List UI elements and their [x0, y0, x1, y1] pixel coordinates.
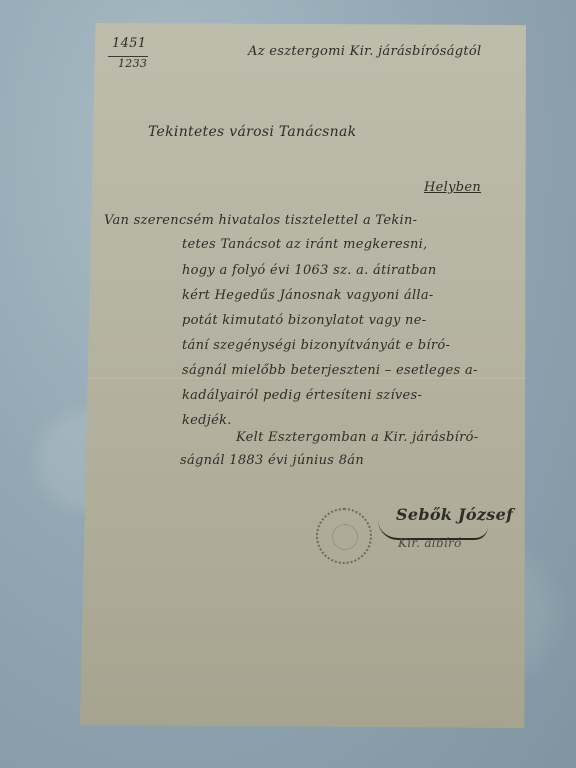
location-line: Helyben: [424, 180, 481, 195]
official-seal-stamp: [316, 508, 372, 564]
body-line: tetes Tanácsot az iránt megkeresni,: [182, 237, 428, 252]
closing-line: ságnál 1883 évi június 8án: [180, 453, 364, 468]
body-line: tání szegénységi bizonyítványát e bíró-: [182, 338, 450, 353]
body-line: kadályairól pedig értesíteni szíves-: [182, 388, 422, 403]
sender-heading: Az esztergomi Kir. járásbíróságtól: [248, 44, 482, 59]
body-line: kedjék.: [182, 413, 232, 428]
body-line: kért Hegedűs Jánosnak vagyoni álla-: [182, 288, 434, 303]
body-line: hogy a folyó évi 1063 sz. a. átiratban: [182, 263, 437, 278]
body-line: potát kimutató bizonylatot vagy ne-: [182, 313, 426, 328]
signer-title: Kir. albíró: [398, 536, 462, 550]
closing-line: Kelt Esztergomban a Kir. járásbíró-: [236, 430, 478, 445]
reference-number-bottom: 1233: [118, 57, 147, 70]
addressee: Tekintetes városi Tanácsnak: [148, 124, 356, 140]
body-line: Van szerencsém hivatalos tisztelettel a …: [104, 213, 417, 228]
paper-fold-crease: [80, 378, 526, 380]
body-line: ságnál mielőbb beterjeszteni – esetleges…: [182, 363, 478, 378]
reference-number-top: 1451: [112, 36, 146, 51]
